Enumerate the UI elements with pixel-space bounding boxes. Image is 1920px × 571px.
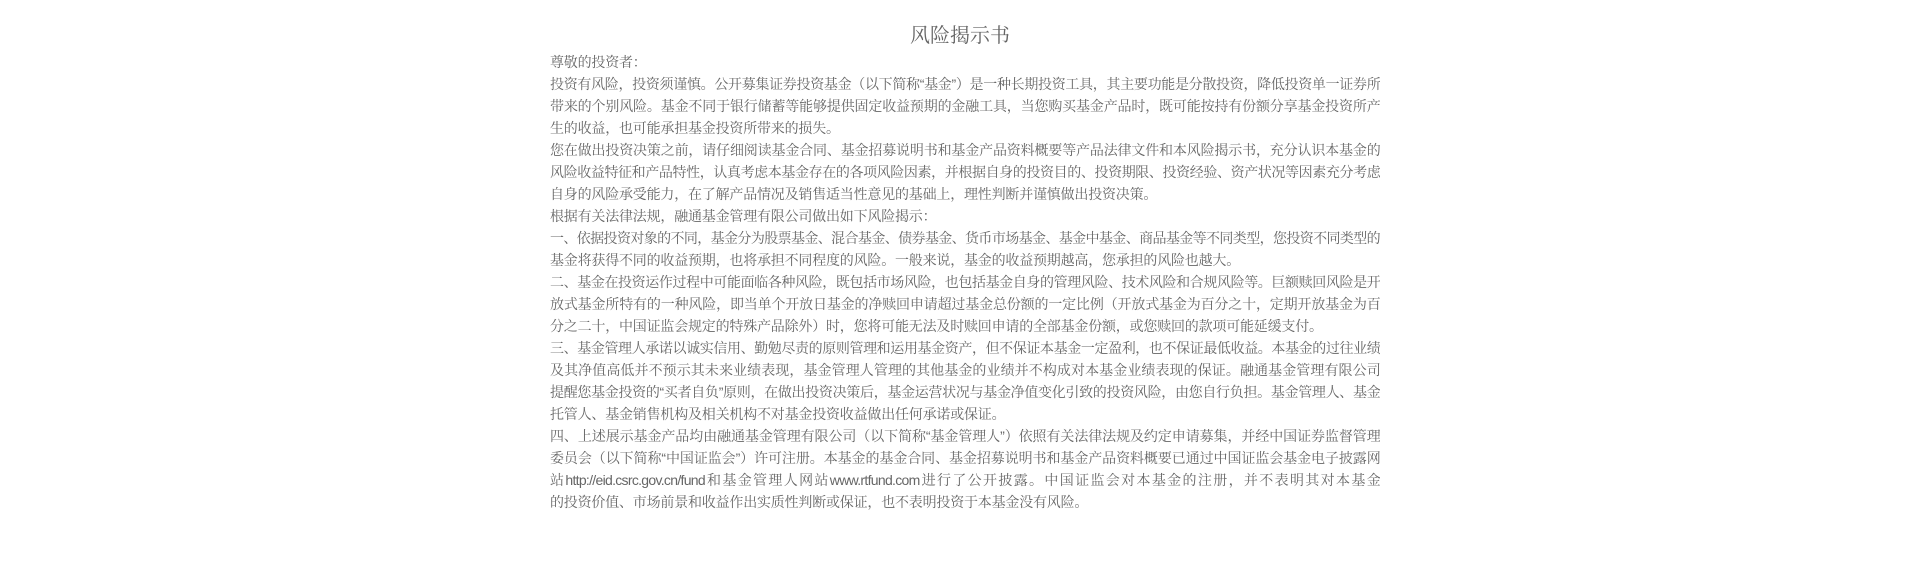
text-segment: 站 [550,472,565,488]
text-line: 三、基金管理人承诺以诚实信用、勤勉尽责的原则管理和运用基金资产，但不保证本基金一… [550,337,1380,359]
text-line: 一、依据投资对象的不同，基金分为股票基金、混合基金、债券基金、货币市场基金、基金… [550,227,1380,249]
paragraph-item-3-manager-commitment: 三、基金管理人承诺以诚实信用、勤勉尽责的原则管理和运用基金资产，但不保证本基金一… [550,337,1380,425]
text-line: 风险收益特征和产品特性，认真考虑本基金存在的各项风险因素，并根据自身的投资目的、… [550,161,1380,183]
salutation-paragraph: 尊敬的投资者： [550,51,1380,73]
text-line: 带来的个别风险。基金不同于银行储蓄等能够提供固定收益预期的金融工具，当您购买基金… [550,95,1380,117]
text-line: 委员会（以下简称“中国证监会”）许可注册。本基金的基金合同、基金招募说明书和基金… [550,447,1380,469]
text-line: 投资有风险，投资须谨慎。公开募集证券投资基金（以下简称“基金”）是一种长期投资工… [550,73,1380,95]
risk-disclosure-document: 尊敬的投资者： 投资有风险，投资须谨慎。公开募集证券投资基金（以下简称“基金”）… [550,51,1380,513]
paragraph-disclosure-lead: 根据有关法律法规，融通基金管理有限公司做出如下风险揭示： [550,205,1380,227]
text-line: 放式基金所特有的一种风险，即当单个开放日基金的净赎回申请超过基金总份额的一定比例… [550,293,1380,315]
text-line: 生的收益，也可能承担基金投资所带来的损失。 [550,117,1380,139]
text-line: 及其净值高低并不预示其未来业绩表现，基金管理人管理的其他基金的业绩并不构成对本基… [550,359,1380,381]
paragraph-item-4-registration: 四、上述展示基金产品均由融通基金管理有限公司（以下简称“基金管理人”）依照有关法… [550,425,1380,513]
csrc-disclosure-url-text: http://eid.csrc.gov.cn/fund [565,472,705,488]
text-line: 提醒您基金投资的“买者自负”原则，在做出投资决策后，基金运营状况与基金净值变化引… [550,381,1380,403]
text-line: 托管人、基金销售机构及相关机构不对基金投资收益做出任何承诺或保证。 [550,403,1380,425]
text-line: 的投资价值、市场前景和收益作出实质性判断或保证，也不表明投资于本基金没有风险。 [550,491,1380,513]
text-line: 根据有关法律法规，融通基金管理有限公司做出如下风险揭示： [550,205,1380,227]
paragraph-read-before-investing: 您在做出投资决策之前，请仔细阅读基金合同、基金招募说明书和基金产品资料概要等产品… [550,139,1380,205]
text-segment: 进行了公开披露。中国证监会对本基金的注册，并不表明其对本基金 [920,472,1380,488]
text-segment: 和基金管理人网站 [705,472,830,488]
paragraph-investment-risk-intro: 投资有风险，投资须谨慎。公开募集证券投资基金（以下简称“基金”）是一种长期投资工… [550,73,1380,139]
salutation: 尊敬的投资者： [550,51,1380,73]
paragraph-item-2-operation-risks: 二、基金在投资运作过程中可能面临各种风险，既包括市场风险，也包括基金自身的管理风… [550,271,1380,337]
fund-manager-website-url-text: www.rtfund.com [830,472,920,488]
paragraph-item-1-fund-types: 一、依据投资对象的不同，基金分为股票基金、混合基金、债券基金、货币市场基金、基金… [550,227,1380,271]
text-line: 四、上述展示基金产品均由融通基金管理有限公司（以下简称“基金管理人”）依照有关法… [550,425,1380,447]
text-line: 您在做出投资决策之前，请仔细阅读基金合同、基金招募说明书和基金产品资料概要等产品… [550,139,1380,161]
text-line-with-urls: 站http://eid.csrc.gov.cn/fund和基金管理人网站www.… [550,469,1380,491]
page-title: 风险揭示书 [0,22,1920,51]
text-line: 二、基金在投资运作过程中可能面临各种风险，既包括市场风险，也包括基金自身的管理风… [550,271,1380,293]
text-line: 分之二十，中国证监会规定的特殊产品除外）时，您将可能无法及时赎回申请的全部基金份… [550,315,1380,337]
text-line: 自身的风险承受能力，在了解产品情况及销售适当性意见的基础上，理性判断并谨慎做出投… [550,183,1380,205]
text-line: 基金将获得不同的收益预期，也将承担不同程度的风险。一般来说，基金的收益预期越高，… [550,249,1380,271]
